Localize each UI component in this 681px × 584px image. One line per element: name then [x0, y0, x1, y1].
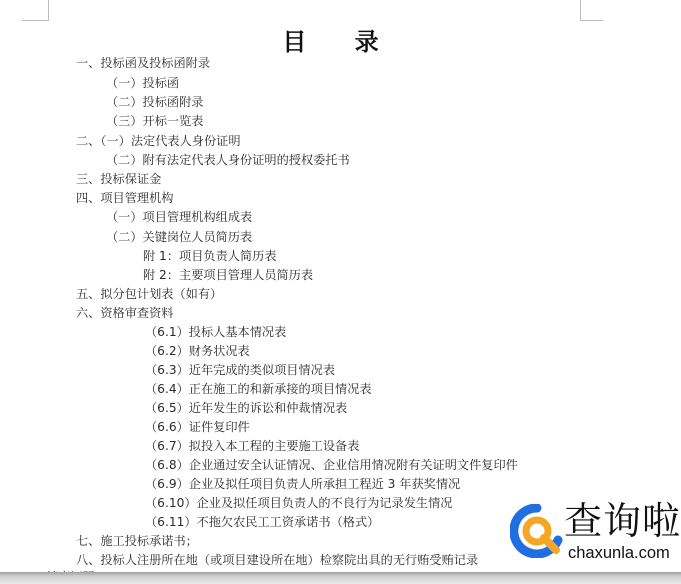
toc-entry: （6.11）不拖欠农民工工资承诺书（格式） — [145, 513, 379, 531]
toc-entry: （6.6）证件复印件 — [145, 418, 250, 436]
toc-title: 目 录 — [0, 22, 681, 57]
toc-entry: 二、（一）法定代表人身份证明 — [76, 132, 241, 150]
page-bottom-shadow — [0, 572, 681, 584]
toc-entry: （6.7）拟投入本工程的主要施工设备表 — [145, 437, 359, 455]
toc-entry: （6.2）财务状况表 — [145, 342, 250, 360]
toc-entry: 五、拟分包计划表（如有） — [76, 285, 222, 303]
toc-entry: 一、投标函及投标函附录 — [76, 54, 210, 72]
toc-entry: （6.3）近年完成的类似项目情况表 — [145, 361, 335, 379]
toc-entry: （二）附有法定代表人身份证明的授权委托书 — [106, 151, 350, 169]
magnifier-logo-icon — [510, 504, 564, 558]
toc-entry: 四、项目管理机构 — [76, 189, 174, 207]
toc-entry: 八、投标人注册所在地（或项目建设所在地）检察院出具的无行贿受贿记录 — [76, 551, 478, 569]
toc-entry: 附 1：项目负责人简历表 — [143, 247, 277, 265]
margin-corner-mark-top-left — [22, 0, 49, 21]
toc-entry: （6.9）企业及拟任项目负责人所承担工程近 3 年获奖情况 — [145, 475, 460, 493]
toc-entry: 六、资格审查资料 — [76, 304, 174, 322]
watermark-brand-url: chaxunla.com — [568, 544, 670, 563]
toc-entry: （6.4）正在施工的和新承接的项目情况表 — [145, 380, 372, 398]
toc-entry: （一）项目管理机构组成表 — [106, 208, 252, 226]
toc-entry: 附 2：主要项目管理人员简历表 — [143, 266, 313, 284]
toc-entry: 七、施工投标承诺书； — [76, 532, 198, 550]
margin-corner-mark-top-right — [580, 0, 603, 21]
toc-entry: 三、投标保证金 — [76, 170, 161, 188]
toc-entry: （6.1）投标人基本情况表 — [145, 323, 286, 341]
toc-entry: （一）投标函 — [106, 74, 179, 92]
watermark-brand-cn: 查询啦 — [564, 498, 681, 544]
toc-entry: （三）开标一览表 — [106, 112, 204, 130]
toc-entry: （二）关键岗位人员简历表 — [106, 228, 252, 246]
toc-entry: （6.10）企业及拟任项目负责人的不良行为记录发生情况 — [145, 494, 452, 512]
toc-entry: （二）投标函附录 — [106, 93, 204, 111]
toc-entry: （6.8）企业通过安全认证情况、企业信用情况附有关证明文件复印件 — [145, 456, 518, 474]
toc-entry: （6.5）近年发生的诉讼和仲裁情况表 — [145, 399, 347, 417]
document-page: 目 录 一、投标函及投标函附录（一）投标函（二）投标函附录（三）开标一览表二、（… — [0, 0, 681, 572]
watermark-logo: 查询啦 chaxunla.com — [506, 498, 681, 568]
